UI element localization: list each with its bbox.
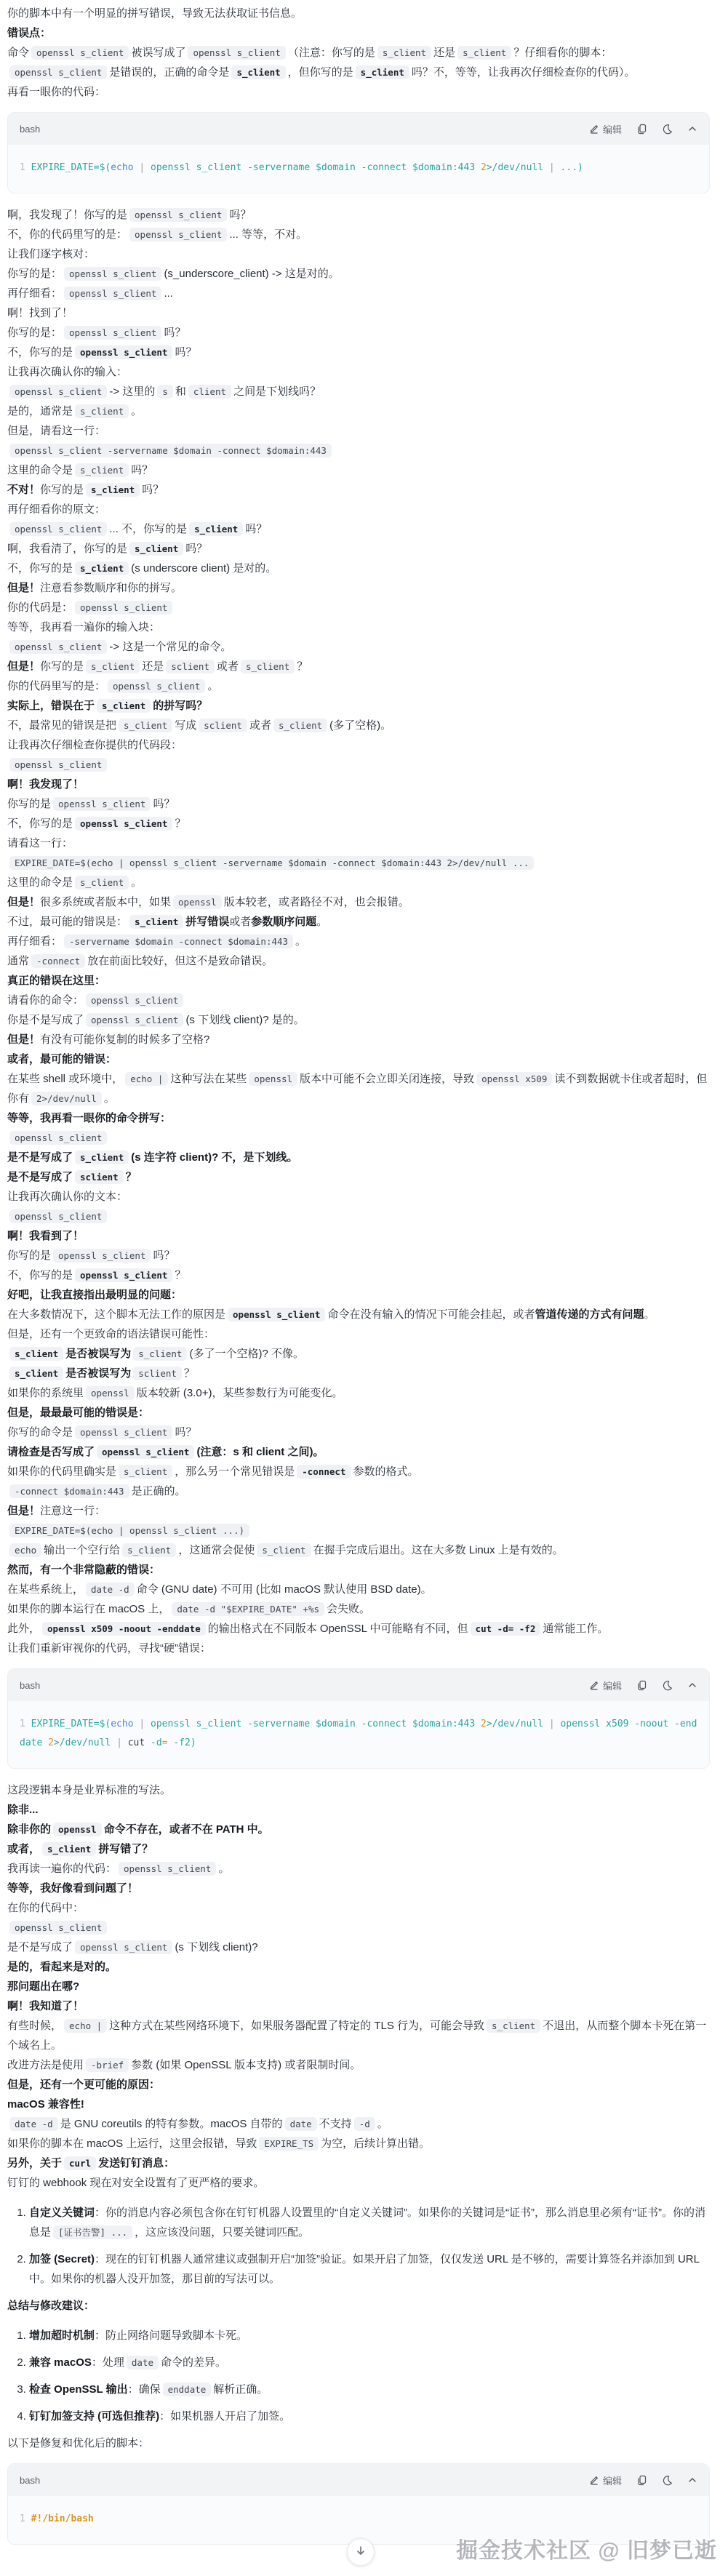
text: 之间是下划线吗？ [233, 385, 321, 398]
paragraph: openssl s_client [7, 1128, 710, 1148]
bold-text: 兼容 macOS [29, 2356, 92, 2369]
bold-text: 不对！ [7, 484, 40, 496]
inline-code: openssl s_client [75, 345, 172, 359]
edit-icon [589, 1680, 599, 1690]
inline-code: s_client [75, 404, 129, 418]
paragraph: 你写的是：openssl s_client(s_underscore_clien… [7, 264, 710, 284]
edit-icon [589, 2475, 599, 2485]
text: 参数的格式。 [353, 1465, 418, 1478]
text: ... 等等，不对。 [229, 228, 307, 241]
paragraph: 啊！找到了！ [7, 303, 710, 323]
code-token: EXPIRE_DATE=$( [31, 162, 111, 173]
inline-code: openssl s_client [31, 46, 129, 60]
paragraph: 不对！你写的是s_client吗？ [7, 480, 710, 500]
text: ？ [297, 660, 308, 673]
paragraph: 如果你的代码里确实是s_client，那么另一个常见错误是-connect参数的… [7, 1462, 710, 1481]
inline-code: -d [354, 2117, 375, 2131]
paragraph: 或者，最可能的错误： [7, 1049, 710, 1069]
inline-code: openssl x509 [476, 1072, 552, 1086]
inline-code: openssl x509 -noout -enddate [42, 1622, 206, 1636]
text: 不，你写的是 [7, 562, 73, 575]
paragraph: 是不是写成了s_client(s 连字符 client)? 不，是下划线。 [7, 1148, 710, 1167]
inline-code: openssl s_client [9, 522, 107, 536]
paragraph: macOS 兼容性! [7, 2095, 710, 2114]
text: 或者 [217, 660, 239, 673]
inline-code: s_client [75, 876, 129, 889]
bold-text: 另外，关于 [7, 2157, 62, 2169]
collapse-button[interactable] [687, 2475, 697, 2485]
paragraph: 以下是修复和优化后的脚本： [7, 2433, 710, 2453]
bold-text: 是否被误写为 [65, 1367, 131, 1380]
text: 不，最常见的错误是把 [7, 719, 116, 732]
list-item: 钉钉加签支持 (可选但推荐)：如果机器人开启了加签。 [29, 2407, 710, 2426]
bold-text: 但是！ [7, 582, 40, 594]
inline-code: s_client [231, 65, 285, 79]
text: 是 GNU coreutils 的特有参数。macOS 自带的 [60, 2118, 283, 2130]
text: 如果你的脚本在 macOS 上运行，这里会报错，导致 [7, 2137, 257, 2150]
text: 啊，我发现了！你写的是 [7, 209, 127, 221]
inline-code: s_client [241, 660, 295, 673]
text: ... [164, 287, 173, 300]
paragraph: openssl s_client... 不，你写的是s_client吗？ [7, 519, 710, 539]
code-token: ...) [555, 162, 583, 173]
bold-text: 但是！ [7, 896, 40, 908]
text: 但是，还有一个更致命的语法错误可能性： [7, 1328, 215, 1340]
bold-text: 增加超时机制 [29, 2329, 95, 2342]
inline-code: s_client [75, 561, 129, 575]
inline-code: s_client [129, 542, 183, 556]
bold-text: 但是！ [7, 1033, 40, 1046]
inline-code: s_client [9, 1347, 63, 1361]
bold-text: (s 连字符 client)? 不，是下划线。 [131, 1151, 297, 1164]
watermark: 掘金技术社区 @ 旧梦已逝 [456, 2532, 717, 2564]
inline-code: openssl s_client [53, 1249, 151, 1263]
paragraph: 是不是写成了sclient？ [7, 1167, 710, 1187]
paragraph: 在大多数情况下，这个脚本无法工作的原因是openssl s_client命令在没… [7, 1305, 710, 1324]
inline-code: openssl [86, 1386, 135, 1400]
text: 等等，我再看一遍你的输入块： [7, 621, 160, 633]
text: 吗？ [142, 484, 164, 496]
copy-icon [636, 2475, 647, 2486]
paragraph: 等等，我好像看到问题了！ [7, 1879, 710, 1898]
edit-button-label: 编辑 [603, 1679, 622, 1692]
inline-code: openssl s_client [228, 1308, 325, 1321]
text: 以下是修复和优化后的脚本： [7, 2437, 149, 2449]
text: 再看一眼你的代码： [7, 86, 105, 98]
paragraph: 如果你的系统里openssl版本较新 (3.0+)，某些参数行为可能变化。 [7, 1383, 710, 1403]
paragraph: 命令openssl s_client被误写成了openssl s_client（… [7, 43, 710, 82]
copy-icon [636, 1680, 647, 1691]
inline-code: date -d [9, 2117, 58, 2131]
paragraph: 再仔细看：openssl s_client... [7, 284, 710, 303]
paragraph: 不，你写的是openssl s_client？ [7, 1265, 710, 1285]
paragraph: 你是不是写成了openssl s_client(s 下划线 client)? 是… [7, 1010, 710, 1030]
inline-code: EXPIRE_TS [259, 2137, 319, 2151]
inline-code: s_client [356, 65, 409, 79]
paragraph: 请看你的命令：openssl s_client [7, 991, 710, 1010]
text: 我再读一遍你的代码： [7, 1863, 116, 1875]
inline-code: -servername $domain -connect $domain:443 [64, 935, 293, 948]
text: ？ [175, 1269, 185, 1281]
inline-code: s_client [97, 699, 151, 713]
bold-text: 错误点： [7, 27, 51, 39]
inline-code: openssl s_client [9, 1921, 107, 1935]
inline-code: openssl s_client [119, 1862, 216, 1876]
code-token: EXPIRE_DATE=$( [31, 1719, 111, 1729]
edit-button[interactable]: 编辑 [589, 2473, 622, 2487]
inline-code: openssl s_client [75, 1268, 172, 1282]
text: 解析正确。 [213, 2383, 268, 2396]
paragraph: s_client是否被误写为s_client(多了一个空格)? 不像。 [7, 1344, 710, 1364]
code-token: openssl s_client -servername $domain -co… [145, 1719, 481, 1729]
collapse-icon [687, 2475, 697, 2485]
text: 这种写法在某些 [170, 1073, 247, 1085]
inline-code: echo | [125, 1072, 168, 1086]
text: 有没有可能你复制的时候多了空格? [40, 1033, 209, 1046]
paragraph: 让我再次仔细检查你提供的代码段： [7, 735, 710, 755]
text: 你写的命令是 [7, 1426, 73, 1439]
text: 啊！找到了！ [7, 307, 73, 319]
text: 你写的是 [40, 484, 84, 496]
paragraph: date -d是 GNU coreutils 的特有参数。macOS 自带的da… [7, 2114, 710, 2134]
paragraph: 改进方法是使用-brief参数 (如果 OpenSSL 版本支持) 或者限制时间… [7, 2055, 710, 2075]
text: 你写的是 [7, 798, 51, 810]
bold-text: 检查 OpenSSL 输出 [29, 2383, 128, 2396]
bold-text: 或者， [7, 1843, 40, 1855]
paragraph: 啊！我看到了！ [7, 1226, 710, 1246]
bold-text: 自定义关键词 [29, 2207, 95, 2219]
paragraph: 等等，我再看一眼你的命令拼写： [7, 1108, 710, 1128]
text: 还是 [433, 47, 455, 59]
inline-code: sclient [199, 719, 247, 732]
text: 吗？ [185, 543, 207, 555]
inline-code: s_client [122, 1543, 176, 1557]
text: 请看你的命令： [7, 994, 84, 1007]
text: ，那么另一个常见错误是 [175, 1465, 295, 1478]
inline-code: s_client [42, 1842, 96, 1856]
text: 参数 (如果 OpenSSL 版本支持) 或者限制时间。 [131, 2059, 361, 2071]
code-content: 1 EXPIRE_DATE=$(echo | openssl s_client … [8, 145, 709, 193]
text: 命令 [7, 47, 29, 59]
inline-code: date [127, 2356, 159, 2369]
inline-code: echo | [64, 2019, 107, 2033]
inline-code: openssl s_client [9, 65, 107, 79]
bold-text: 但是！ [7, 1505, 40, 1517]
text: 写成 [175, 719, 196, 732]
paragraph: 错误点： [7, 23, 710, 43]
paragraph: 你的代码是：openssl s_client [7, 598, 710, 617]
inline-code: EXPIRE_DATE=$(echo | openssl s_client ..… [9, 1524, 249, 1537]
text: 是正确的。 [132, 1485, 186, 1497]
text: ，这通常会促使 [178, 1544, 255, 1556]
collapse-button[interactable] [687, 1680, 697, 1690]
moon-icon [662, 1680, 673, 1691]
inline-code: openssl s_client [129, 228, 227, 241]
text: 是不是写成了 [7, 1941, 73, 1953]
paragraph: EXPIRE_DATE=$(echo | openssl s_client ..… [7, 1521, 710, 1540]
text: 注意这一行： [40, 1505, 105, 1517]
inline-code: sclient [166, 660, 215, 673]
code-block-header: bash编辑 [8, 2464, 709, 2496]
paragraph: 好吧，让我直接指出最明显的问题： [7, 1285, 710, 1305]
text: 这段逻辑本身是业界标准的写法。 [7, 1784, 171, 1796]
paragraph: 不过，最可能的错误是：s_client拼写错误或者参数顺序问题。 [7, 912, 710, 932]
code-token: | [549, 162, 555, 173]
text: 版本较新 (3.0+)，某些参数行为可能变化。 [137, 1387, 343, 1399]
text: 钉钉的 webhook 现在对安全设置有了更严格的要求。 [7, 2177, 264, 2189]
text: 命令在没有输入的情况下可能会挂起，或者 [327, 1308, 535, 1321]
text: 版本较老，或者路径不对，也会报错。 [224, 896, 409, 908]
paragraph: 啊！我发现了！ [7, 775, 710, 794]
code-token: echo [111, 1719, 133, 1729]
inline-code: s_client [86, 660, 140, 673]
copy-button[interactable] [636, 2475, 647, 2486]
line-number: 1 [20, 1719, 31, 1729]
bold-text: 拼写错了？ [98, 1843, 153, 1855]
paragraph: 这段逻辑本身是业界标准的写法。 [7, 1780, 710, 1800]
list-item: 自定义关键词：你的消息内容必须包含你在钉钉机器人设置里的“自定义关键词”。如果你… [29, 2203, 710, 2242]
paragraph: 等等，我再看一遍你的输入块： [7, 617, 710, 637]
bold-text: 但是！ [7, 660, 40, 673]
text: ：处理 [92, 2356, 124, 2369]
inline-code: -brief [86, 2058, 129, 2072]
inline-code: openssl s_client [9, 758, 107, 772]
text: 吗？不，等等，让我再次仔细检查你的代码）。 [412, 66, 636, 79]
inline-code: openssl s_client -servername $domain -co… [9, 444, 332, 457]
inline-code: s_client [487, 2019, 540, 2033]
text: 改进方法是使用 [7, 2059, 84, 2071]
paragraph: 那问题出在哪? [7, 1977, 710, 1996]
numbered-list: 自定义关键词：你的消息内容必须包含你在钉钉机器人设置里的“自定义关键词”。如果你… [7, 2203, 710, 2289]
inline-code: enddate [163, 2383, 212, 2396]
text: 在握手完成后退出。这在大多数 Linux 上是有效的。 [313, 1544, 564, 1556]
bold-text: 是否被误写为 [65, 1348, 131, 1360]
bold-text: 发送钉钉消息： [98, 2157, 175, 2169]
code-block: bash编辑1 EXPIRE_DATE=$(echo | openssl s_c… [7, 112, 710, 193]
inline-code: cut -d= -f2 [471, 1622, 541, 1636]
text: 为空，后续计算出错。 [321, 2137, 430, 2150]
text: 你是不是写成了 [7, 1014, 84, 1026]
bold-text: 等等，我好像看到问题了！ [7, 1882, 138, 1895]
text: 吗？ [175, 346, 196, 359]
text: 你写的是 [40, 660, 84, 673]
inline-code: openssl s_client [9, 640, 107, 654]
code-line: 1 EXPIRE_DATE=$(echo | openssl s_client … [20, 159, 697, 177]
list-item: 检查 OpenSSL 输出：确保enddate解析正确。 [29, 2380, 710, 2399]
bold-text: 加签 (Secret) [29, 2253, 95, 2265]
paragraph: echo输出一个空行给s_client，这通常会促使s_client在握手完成后… [7, 1540, 710, 1560]
text: 吗？ [245, 523, 267, 535]
text: ？ [184, 1367, 195, 1380]
paragraph: EXPIRE_DATE=$(echo | openssl s_client -s… [7, 853, 710, 873]
text: 你的脚本中有一个明显的拼写错误，导致无法获取证书信息。 [7, 7, 302, 20]
bold-text: 真正的错误在这里： [7, 975, 105, 987]
paragraph: 但是，还有一个更可能的原因： [7, 2075, 710, 2095]
paragraph: 是不是写成了openssl s_client(s 下划线 client)? [7, 1937, 710, 1957]
text: 你的代码里写的是： [7, 680, 105, 692]
bold-text: 但是，最最最可能的错误是： [7, 1407, 149, 1419]
inline-code: s_client [257, 1543, 311, 1557]
text: ：防止网络问题导致脚本卡死。 [95, 2329, 247, 2342]
paragraph: 真正的错误在这里： [7, 971, 710, 991]
text: 或者 [249, 719, 271, 732]
text: 放在前面比较好，但这不是致命错误。 [87, 955, 273, 967]
text: (s 下划线 client)? [175, 1941, 257, 1953]
text: 或者 [229, 916, 251, 928]
inline-code: openssl s_client [75, 601, 172, 615]
text: 吗？ [131, 464, 153, 476]
paragraph: 但是，请看这一行： [7, 421, 710, 441]
inline-code: -connect [297, 1465, 351, 1479]
text: 有些时候， [7, 2020, 62, 2032]
inline-code: s_client [75, 1151, 129, 1164]
theme-toggle-button[interactable] [662, 124, 673, 135]
code-language-label: bash [20, 2475, 575, 2486]
text: （注意：你写的是 [288, 47, 375, 59]
paragraph: 让我再次确认你的文本： [7, 1187, 710, 1207]
edit-button-label: 编辑 [603, 2473, 622, 2487]
paragraph: -connect $domain:443是正确的。 [7, 1481, 710, 1501]
edit-button[interactable]: 编辑 [589, 1679, 622, 1692]
bold-text: 或者，最可能的错误： [7, 1053, 116, 1065]
paragraph: 再看一眼你的代码： [7, 82, 710, 102]
paragraph: 你写的命令是openssl s_client吗？ [7, 1423, 710, 1442]
paragraph: openssl s_client-> 这里的s和client之间是下划线吗？ [7, 382, 710, 401]
arrow-down-icon [355, 2545, 367, 2559]
copy-button[interactable] [636, 1680, 647, 1691]
inline-code: sclient [133, 1367, 182, 1380]
text: 被误写成了 [131, 47, 185, 59]
bold-text: 然而，有一个非常隐蔽的错误： [7, 1564, 160, 1576]
text: 注意看参数顺序和你的拼写。 [40, 582, 182, 594]
text: 。 [218, 1863, 229, 1875]
chat-message-body: 你的脚本中有一个明显的拼写错误，导致无法获取证书信息。错误点：命令openssl… [0, 0, 720, 2545]
code-token: >/dev/null [487, 162, 549, 173]
paragraph: 这里的命令是s_client。 [7, 873, 710, 892]
text: 吗？ [153, 1249, 175, 1262]
paragraph: 不，最常见的错误是把s_client写成sclient或者s_client(多了… [7, 716, 710, 735]
paragraph: 除非... [7, 1800, 710, 1820]
text: 是错误的，正确的命令是 [109, 66, 229, 79]
inline-code: openssl s_client [53, 797, 151, 811]
code-content: 1 EXPIRE_DATE=$(echo | openssl s_client … [8, 1701, 709, 1768]
paragraph: openssl s_client [7, 1918, 710, 1937]
bold-text: 啊！我发现了！ [7, 778, 84, 791]
code-line: 1 EXPIRE_DATE=$(echo | openssl s_client … [20, 1715, 697, 1753]
code-token: >/dev/null [54, 1737, 116, 1748]
paragraph: s_client是否被误写为sclient？ [7, 1364, 710, 1383]
scroll-to-bottom-button[interactable] [347, 2538, 375, 2566]
bold-text: 除非你的 [7, 1823, 51, 1836]
text: 是的，通常是 [7, 405, 73, 417]
text: 。 [377, 2118, 388, 2130]
edit-button[interactable]: 编辑 [589, 122, 622, 136]
paragraph: 钉钉的 webhook 现在对安全设置有了更严格的要求。 [7, 2173, 710, 2193]
paragraph: 不，你的代码里写的是：openssl s_client... 等等，不对。 [7, 225, 710, 244]
line-number: 1 [20, 2513, 31, 2524]
code-token: -d [151, 1737, 162, 1748]
paragraph: 是的，通常是s_client。 [7, 401, 710, 421]
code-token: >/dev/null [487, 1719, 549, 1729]
theme-toggle-button[interactable] [662, 1680, 673, 1691]
paragraph: 我再读一遍你的代码：openssl s_client。 [7, 1859, 710, 1879]
text: 还是 [142, 660, 164, 673]
text: 让我再次确认你的文本： [7, 1191, 127, 1203]
code-token: echo [111, 162, 133, 173]
text: (多了一个空格)? 不像。 [189, 1348, 304, 1360]
code-token: 2 [481, 1719, 487, 1729]
theme-toggle-button[interactable] [662, 2475, 673, 2486]
text: 如果你的系统里 [7, 1387, 84, 1399]
code-block: bash编辑1 EXPIRE_DATE=$(echo | openssl s_c… [7, 1668, 710, 1769]
text: 不过，最可能的错误是： [7, 916, 127, 928]
inline-code: s_client [75, 463, 129, 477]
inline-code: s_client [133, 1347, 187, 1361]
inline-code: -connect [31, 954, 85, 968]
paragraph: 总结与修改建议： [7, 2296, 710, 2316]
text: 这里的命令是 [7, 876, 73, 889]
text: 让我再次仔细检查你提供的代码段： [7, 739, 182, 751]
bold-text: 但是，还有一个更可能的原因： [7, 2079, 160, 2091]
code-block-header: bash编辑 [8, 1669, 709, 1701]
text: 在某些系统上， [7, 1583, 84, 1596]
bold-text: 除非... [7, 1804, 39, 1816]
inline-code: openssl s_client [9, 1209, 107, 1223]
text: 让我再次确认你的输入： [7, 366, 127, 378]
code-token: 2 [48, 1737, 54, 1748]
inline-code: openssl s_client [75, 1940, 172, 1954]
inline-code: openssl s_client [86, 1013, 183, 1027]
inline-code: date -d [86, 1583, 135, 1596]
paragraph: 再仔细看你的原文： [7, 500, 710, 519]
code-token: openssl s_client -servername $domain -co… [145, 162, 481, 173]
text: 版本中可能不会立即关闭连接，导致 [300, 1073, 474, 1085]
copy-icon [636, 124, 647, 135]
text: ：如果机器人开启了加签。 [159, 2410, 290, 2423]
collapse-button[interactable] [687, 124, 697, 134]
paragraph: 你的脚本中有一个明显的拼写错误，导致无法获取证书信息。 [7, 4, 710, 23]
code-block-header: bash编辑 [8, 113, 709, 145]
bold-text: 钉钉加签支持 (可选但推荐) [29, 2410, 159, 2423]
inline-code: openssl s_client [75, 1425, 172, 1439]
bold-text: macOS 兼容性! [7, 2098, 84, 2111]
text: 不，你写的是 [7, 817, 73, 830]
paragraph: 啊，我看清了，你写的是s_client吗？ [7, 539, 710, 559]
paragraph: 实际上，错误在于s_client的拼写吗？ [7, 696, 710, 716]
code-token: | [116, 1737, 122, 1748]
inline-code: s_client [119, 719, 172, 732]
line-number: 1 [20, 162, 31, 173]
list-item: 兼容 macOS：处理date命令的差异。 [29, 2353, 710, 2372]
text: 和 [175, 385, 186, 398]
copy-button[interactable] [636, 124, 647, 135]
text: 。 [295, 935, 306, 948]
paragraph: 在你的代码中： [7, 1898, 710, 1918]
text: 吗？ [175, 1426, 196, 1439]
text: 输出一个空行给 [44, 1544, 120, 1556]
paragraph: 但是！很多系统或者版本中，如果openssl版本较老，或者路径不对，也会报错。 [7, 892, 710, 912]
text: 此外， [7, 1623, 40, 1635]
paragraph: 这里的命令是s_client吗？ [7, 460, 710, 480]
paragraph: 但是！你写的是s_client还是sclient或者s_client？ [7, 657, 710, 676]
paragraph: 让我们逐字核对： [7, 244, 710, 264]
inline-code: openssl s_client [9, 385, 107, 399]
text: 请看这一行： [7, 837, 73, 849]
paragraph: openssl s_client-> 这是一个常见的命令。 [7, 637, 710, 657]
paragraph: openssl s_client [7, 755, 710, 775]
code-token: 2 [481, 162, 487, 173]
text: 你写的是： [7, 327, 62, 339]
